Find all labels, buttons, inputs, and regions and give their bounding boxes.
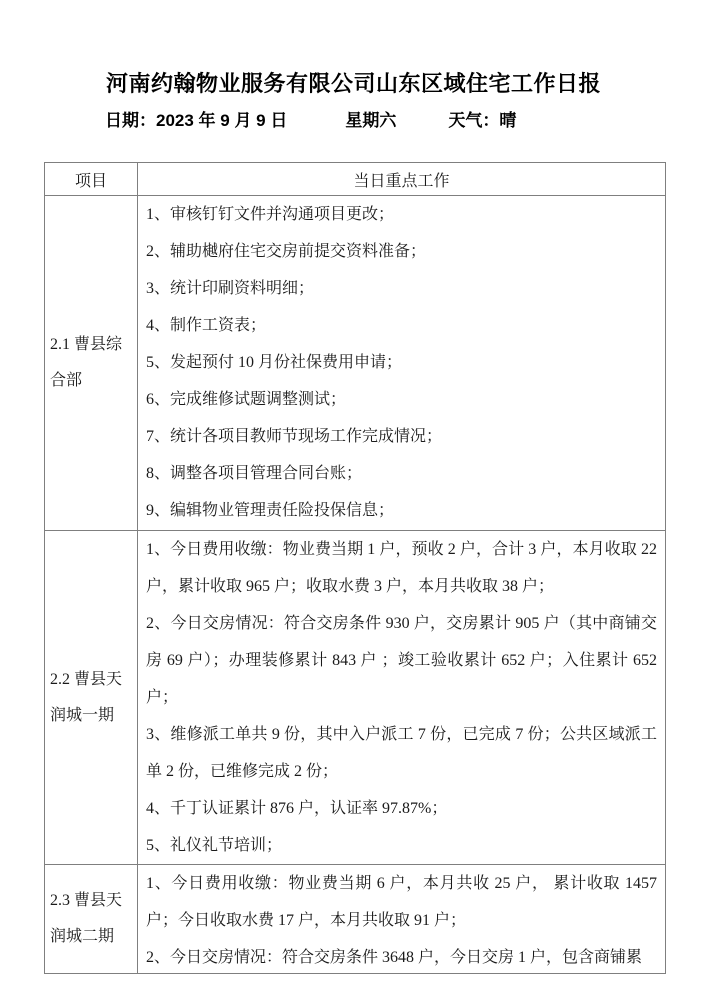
work-item: 5、礼仪礼节培训； <box>146 827 657 864</box>
date-text: 日期：2023 年 9 月 9 日 <box>105 111 287 130</box>
header-cell-work: 当日重点工作 <box>138 163 666 196</box>
meta-line: 日期：2023 年 9 月 9 日星期六天气：晴 <box>105 106 516 131</box>
work-items-list: 1、今日费用收缴：物业费当期 6 户，本月共收 25 户， 累计收取 1457 … <box>146 865 657 973</box>
table-header-row: 项目 当日重点工作 <box>45 163 666 196</box>
work-items-list: 1、今日费用收缴：物业费当期 1 户，预收 2 户，合计 3 户，本月收取 22… <box>146 531 657 864</box>
work-item: 7、统计各项目教师节现场工作完成情况； <box>146 418 657 455</box>
work-items-cell: 1、今日费用收缴：物业费当期 1 户，预收 2 户，合计 3 户，本月收取 22… <box>138 531 666 865</box>
work-item: 6、完成维修试题调整测试； <box>146 381 657 418</box>
daily-report-table: 项目 当日重点工作 2.1 曹县综合部 1、审核钉钉文件并沟通项目更改； 2、辅… <box>44 162 666 974</box>
project-name-cell: 2.1 曹县综合部 <box>45 196 138 531</box>
work-item: 9、编辑物业管理责任险投保信息； <box>146 492 657 529</box>
work-item: 2、今日交房情况：符合交房条件 3648 户，今日交房 1 户，包含商铺累 <box>146 939 657 973</box>
header-cell-project: 项目 <box>45 163 138 196</box>
table-row-tianrun-city-phase1: 2.2 曹县天润城一期 1、今日费用收缴：物业费当期 1 户，预收 2 户，合计… <box>45 531 666 865</box>
weather-text: 天气：晴 <box>448 111 516 130</box>
work-item: 8、调整各项目管理合同台账； <box>146 455 657 492</box>
work-item: 4、千丁认证累计 876 户，认证率 97.87%； <box>146 790 657 827</box>
table-row-caoxian-comprehensive: 2.1 曹县综合部 1、审核钉钉文件并沟通项目更改； 2、辅助樾府住宅交房前提交… <box>45 196 666 531</box>
work-item: 2、今日交房情况：符合交房条件 930 户，交房累计 905 户（其中商铺交房 … <box>146 605 657 716</box>
work-items-list: 1、审核钉钉文件并沟通项目更改； 2、辅助樾府住宅交房前提交资料准备； 3、统计… <box>146 196 657 530</box>
work-item: 5、发起预付 10 月份社保费用申请； <box>146 344 657 381</box>
work-item: 1、今日费用收缴：物业费当期 1 户，预收 2 户，合计 3 户，本月收取 22… <box>146 531 657 605</box>
work-item: 3、统计印刷资料明细； <box>146 270 657 307</box>
document-page: 河南约翰物业服务有限公司山东区域住宅工作日报 日期：2023 年 9 月 9 日… <box>0 0 707 999</box>
work-item: 2、辅助樾府住宅交房前提交资料准备； <box>146 233 657 270</box>
work-item: 4、制作工资表； <box>146 307 657 344</box>
project-name-cell: 2.2 曹县天润城一期 <box>45 531 138 865</box>
work-items-cell: 1、审核钉钉文件并沟通项目更改； 2、辅助樾府住宅交房前提交资料准备； 3、统计… <box>138 196 666 531</box>
work-item: 1、今日费用收缴：物业费当期 6 户，本月共收 25 户， 累计收取 1457 … <box>146 865 657 939</box>
work-item: 3、维修派工单共 9 份，其中入户派工 7 份，已完成 7 份；公共区域派工单 … <box>146 716 657 790</box>
work-item: 1、审核钉钉文件并沟通项目更改； <box>146 196 657 233</box>
project-name-cell: 2.3 曹县天润城二期 <box>45 865 138 974</box>
weekday-text: 星期六 <box>345 111 396 130</box>
work-items-cell: 1、今日费用收缴：物业费当期 6 户，本月共收 25 户， 累计收取 1457 … <box>138 865 666 974</box>
document-title: 河南约翰物业服务有限公司山东区域住宅工作日报 <box>0 67 707 98</box>
table-row-tianrun-city-phase2: 2.3 曹县天润城二期 1、今日费用收缴：物业费当期 6 户，本月共收 25 户… <box>45 865 666 974</box>
